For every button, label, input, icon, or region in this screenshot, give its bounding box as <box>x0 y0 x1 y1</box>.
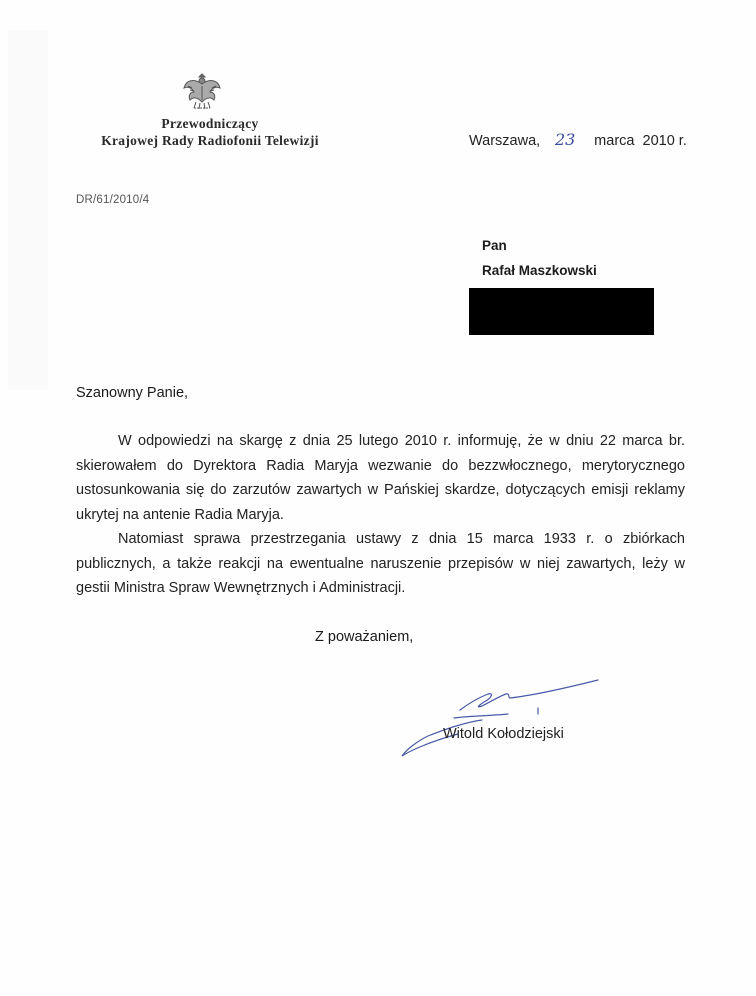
redacted-address-block <box>469 288 654 335</box>
paragraph-text: W odpowiedzi na skargę z dnia 25 lutego … <box>76 429 685 527</box>
letter-page: Przewodniczący Krajowej Rady Radiofonii … <box>0 0 756 996</box>
scan-artifact <box>8 30 48 390</box>
handwritten-signature-icon <box>398 676 603 761</box>
body-paragraph-2: Natomiast sprawa przestrzegania ustawy z… <box>76 527 685 601</box>
body-paragraph-1: W odpowiedzi na skargę z dnia 25 lutego … <box>76 429 685 527</box>
recipient-title: Pan <box>482 238 507 253</box>
issuer-title-line1: Przewodniczący <box>60 116 360 132</box>
date-month-year: marca 2010 r. <box>594 133 687 149</box>
signer-name: Witold Kołodziejski <box>443 726 564 742</box>
paragraph-text: Natomiast sprawa przestrzegania ustawy z… <box>76 527 685 601</box>
date-day-handwritten: 23 <box>550 130 580 149</box>
salutation: Szanowny Panie, <box>76 385 188 401</box>
reference-number: DR/61/2010/4 <box>76 194 149 206</box>
date-city: Warszawa, <box>469 133 540 149</box>
recipient-name: Rafał Maszkowski <box>482 263 597 278</box>
date-line: Warszawa,23marca 2010 r. <box>469 130 687 149</box>
issuer-title-line2: Krajowej Rady Radiofonii Telewizji <box>60 133 360 149</box>
closing-phrase: Z poważaniem, <box>315 629 413 645</box>
polish-eagle-emblem-icon <box>180 70 224 114</box>
